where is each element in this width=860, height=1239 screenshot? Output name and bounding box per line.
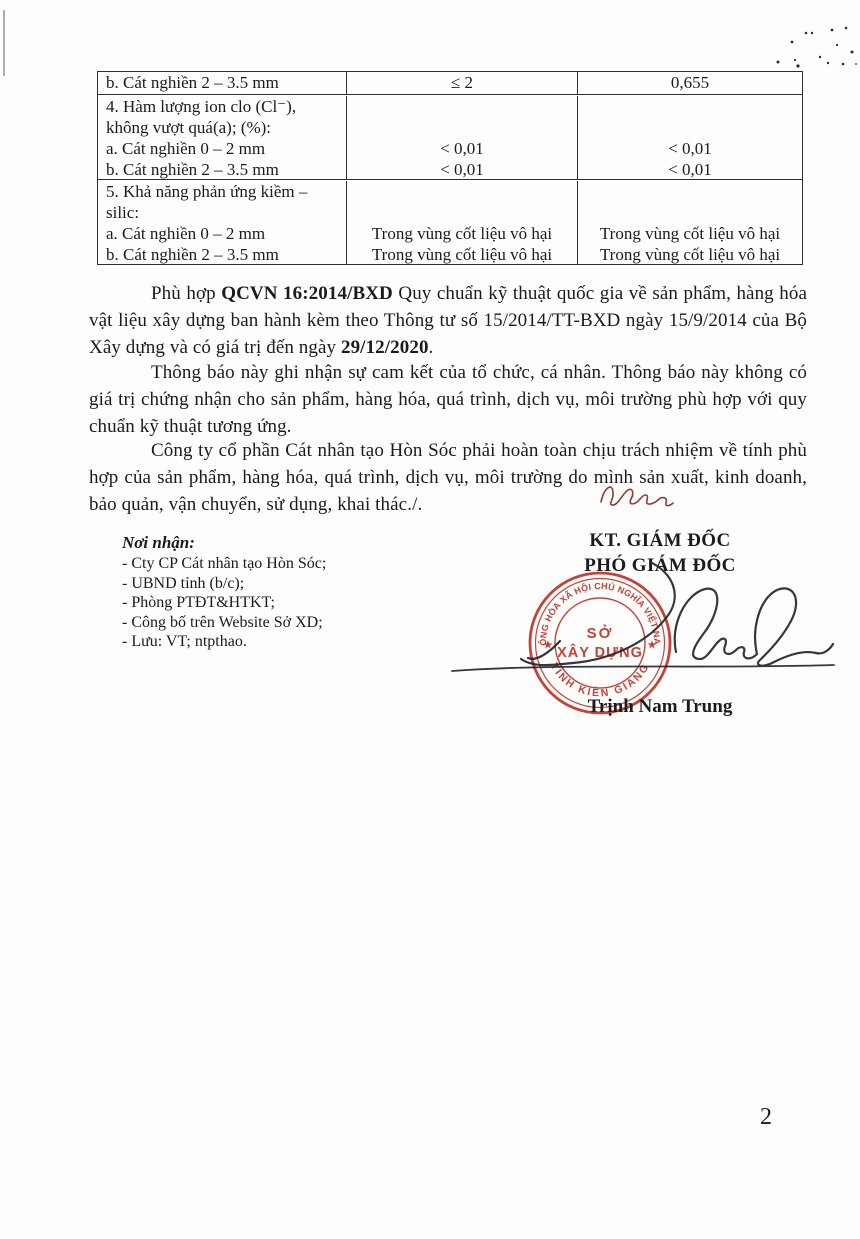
table-cell-requirement: ≤ 2 — [346, 72, 578, 94]
table-cell-criterion: 4. Hàm lượng ion clo (Cl⁻), không vượt q… — [98, 96, 346, 179]
cell-text: Trong vùng cốt liệu vô hại — [347, 244, 577, 265]
recipient-item: - Lưu: VT; ntpthao. — [122, 632, 326, 652]
recipient-item: - Công bố trên Website Sở XD; — [122, 613, 326, 633]
page-number: 2 — [740, 1104, 792, 1131]
paragraph-conformity: Phù hợp QCVN 16:2014/BXD Quy chuẩn kỹ th… — [89, 280, 807, 361]
cell-text: ≤ 2 — [347, 72, 577, 93]
cell-text: < 0,01 — [347, 138, 577, 159]
spec-results-table: b. Cát nghiền 2 – 3.5 mm ≤ 2 0,655 4. Hà… — [97, 71, 803, 265]
cell-text: silic: — [106, 202, 346, 223]
cell-text: < 0,01 — [578, 159, 802, 180]
recipient-item: - UBND tỉnh (b/c); — [122, 574, 326, 594]
cell-text: < 0,01 — [347, 159, 577, 180]
standard-reference: QCVN 16:2014/BXD — [221, 283, 393, 304]
signature — [440, 550, 845, 690]
table-cell-requirement: < 0,01 < 0,01 — [346, 96, 578, 179]
cell-text — [578, 96, 802, 117]
signer-name: Trịnh Nam Trung — [520, 696, 800, 718]
recipients-block: Nơi nhận: - Cty CP Cát nhân tạo Hòn Sóc;… — [122, 531, 326, 652]
paragraph-disclaimer: Thông báo này ghi nhận sự cam kết của tổ… — [89, 359, 807, 440]
cell-text: không vượt quá(a); (%): — [106, 117, 346, 138]
cell-text: b. Cát nghiền 2 – 3.5 mm — [106, 159, 346, 180]
recipient-item: - Phòng PTĐT&HTKT; — [122, 593, 326, 613]
cell-text: Trong vùng cốt liệu vô hại — [347, 223, 577, 244]
scan-noise-dots — [768, 20, 860, 76]
cell-text: 0,655 — [578, 72, 802, 93]
table-cell-result: 0,655 — [578, 72, 802, 94]
cell-text: 5. Khả năng phản ứng kiềm – — [106, 181, 346, 202]
expiry-date: 29/12/2020 — [341, 337, 429, 358]
cell-text — [347, 181, 577, 202]
table-row: 4. Hàm lượng ion clo (Cl⁻), không vượt q… — [98, 94, 802, 179]
cell-text: b. Cát nghiền 2 – 3.5 mm — [106, 244, 346, 265]
cell-text: a. Cát nghiền 0 – 2 mm — [106, 223, 346, 244]
table-cell-criterion: b. Cát nghiền 2 – 3.5 mm — [98, 72, 346, 94]
table-row: b. Cát nghiền 2 – 3.5 mm ≤ 2 0,655 — [98, 72, 802, 94]
cell-text — [347, 202, 577, 223]
cell-text — [347, 117, 577, 138]
recipient-item: - Cty CP Cát nhân tạo Hòn Sóc; — [122, 554, 326, 574]
table-cell-result: < 0,01 < 0,01 — [578, 96, 802, 179]
cell-text: Trong vùng cốt liệu vô hại — [578, 223, 802, 244]
cell-text: a. Cát nghiền 0 – 2 mm — [106, 138, 346, 159]
table-cell-criterion: 5. Khả năng phản ứng kiềm – silic: a. Cá… — [98, 181, 346, 264]
cell-text — [578, 117, 802, 138]
table-row: 5. Khả năng phản ứng kiềm – silic: a. Cá… — [98, 179, 802, 264]
cell-text: b. Cát nghiền 2 – 3.5 mm — [106, 72, 346, 93]
cell-text — [578, 202, 802, 223]
scanned-document-page: b. Cát nghiền 2 – 3.5 mm ≤ 2 0,655 4. Hà… — [0, 0, 860, 1239]
handwritten-annotation — [596, 478, 676, 512]
cell-text: < 0,01 — [578, 138, 802, 159]
cell-text: 4. Hàm lượng ion clo (Cl⁻), — [106, 96, 346, 117]
paragraph-text: . — [429, 337, 434, 358]
cell-text — [347, 96, 577, 117]
recipients-heading: Nơi nhận: — [122, 531, 326, 554]
table-cell-requirement: Trong vùng cốt liệu vô hại Trong vùng cố… — [346, 181, 578, 264]
scan-edge-artifact — [3, 10, 5, 76]
table-cell-result: Trong vùng cốt liệu vô hại Trong vùng cố… — [578, 181, 802, 264]
paragraph-text: Phù hợp — [151, 283, 221, 304]
paragraph-responsibility: Công ty cổ phần Cát nhân tạo Hòn Sóc phả… — [89, 437, 807, 518]
cell-text — [578, 181, 802, 202]
cell-text: Trong vùng cốt liệu vô hại — [578, 244, 802, 265]
